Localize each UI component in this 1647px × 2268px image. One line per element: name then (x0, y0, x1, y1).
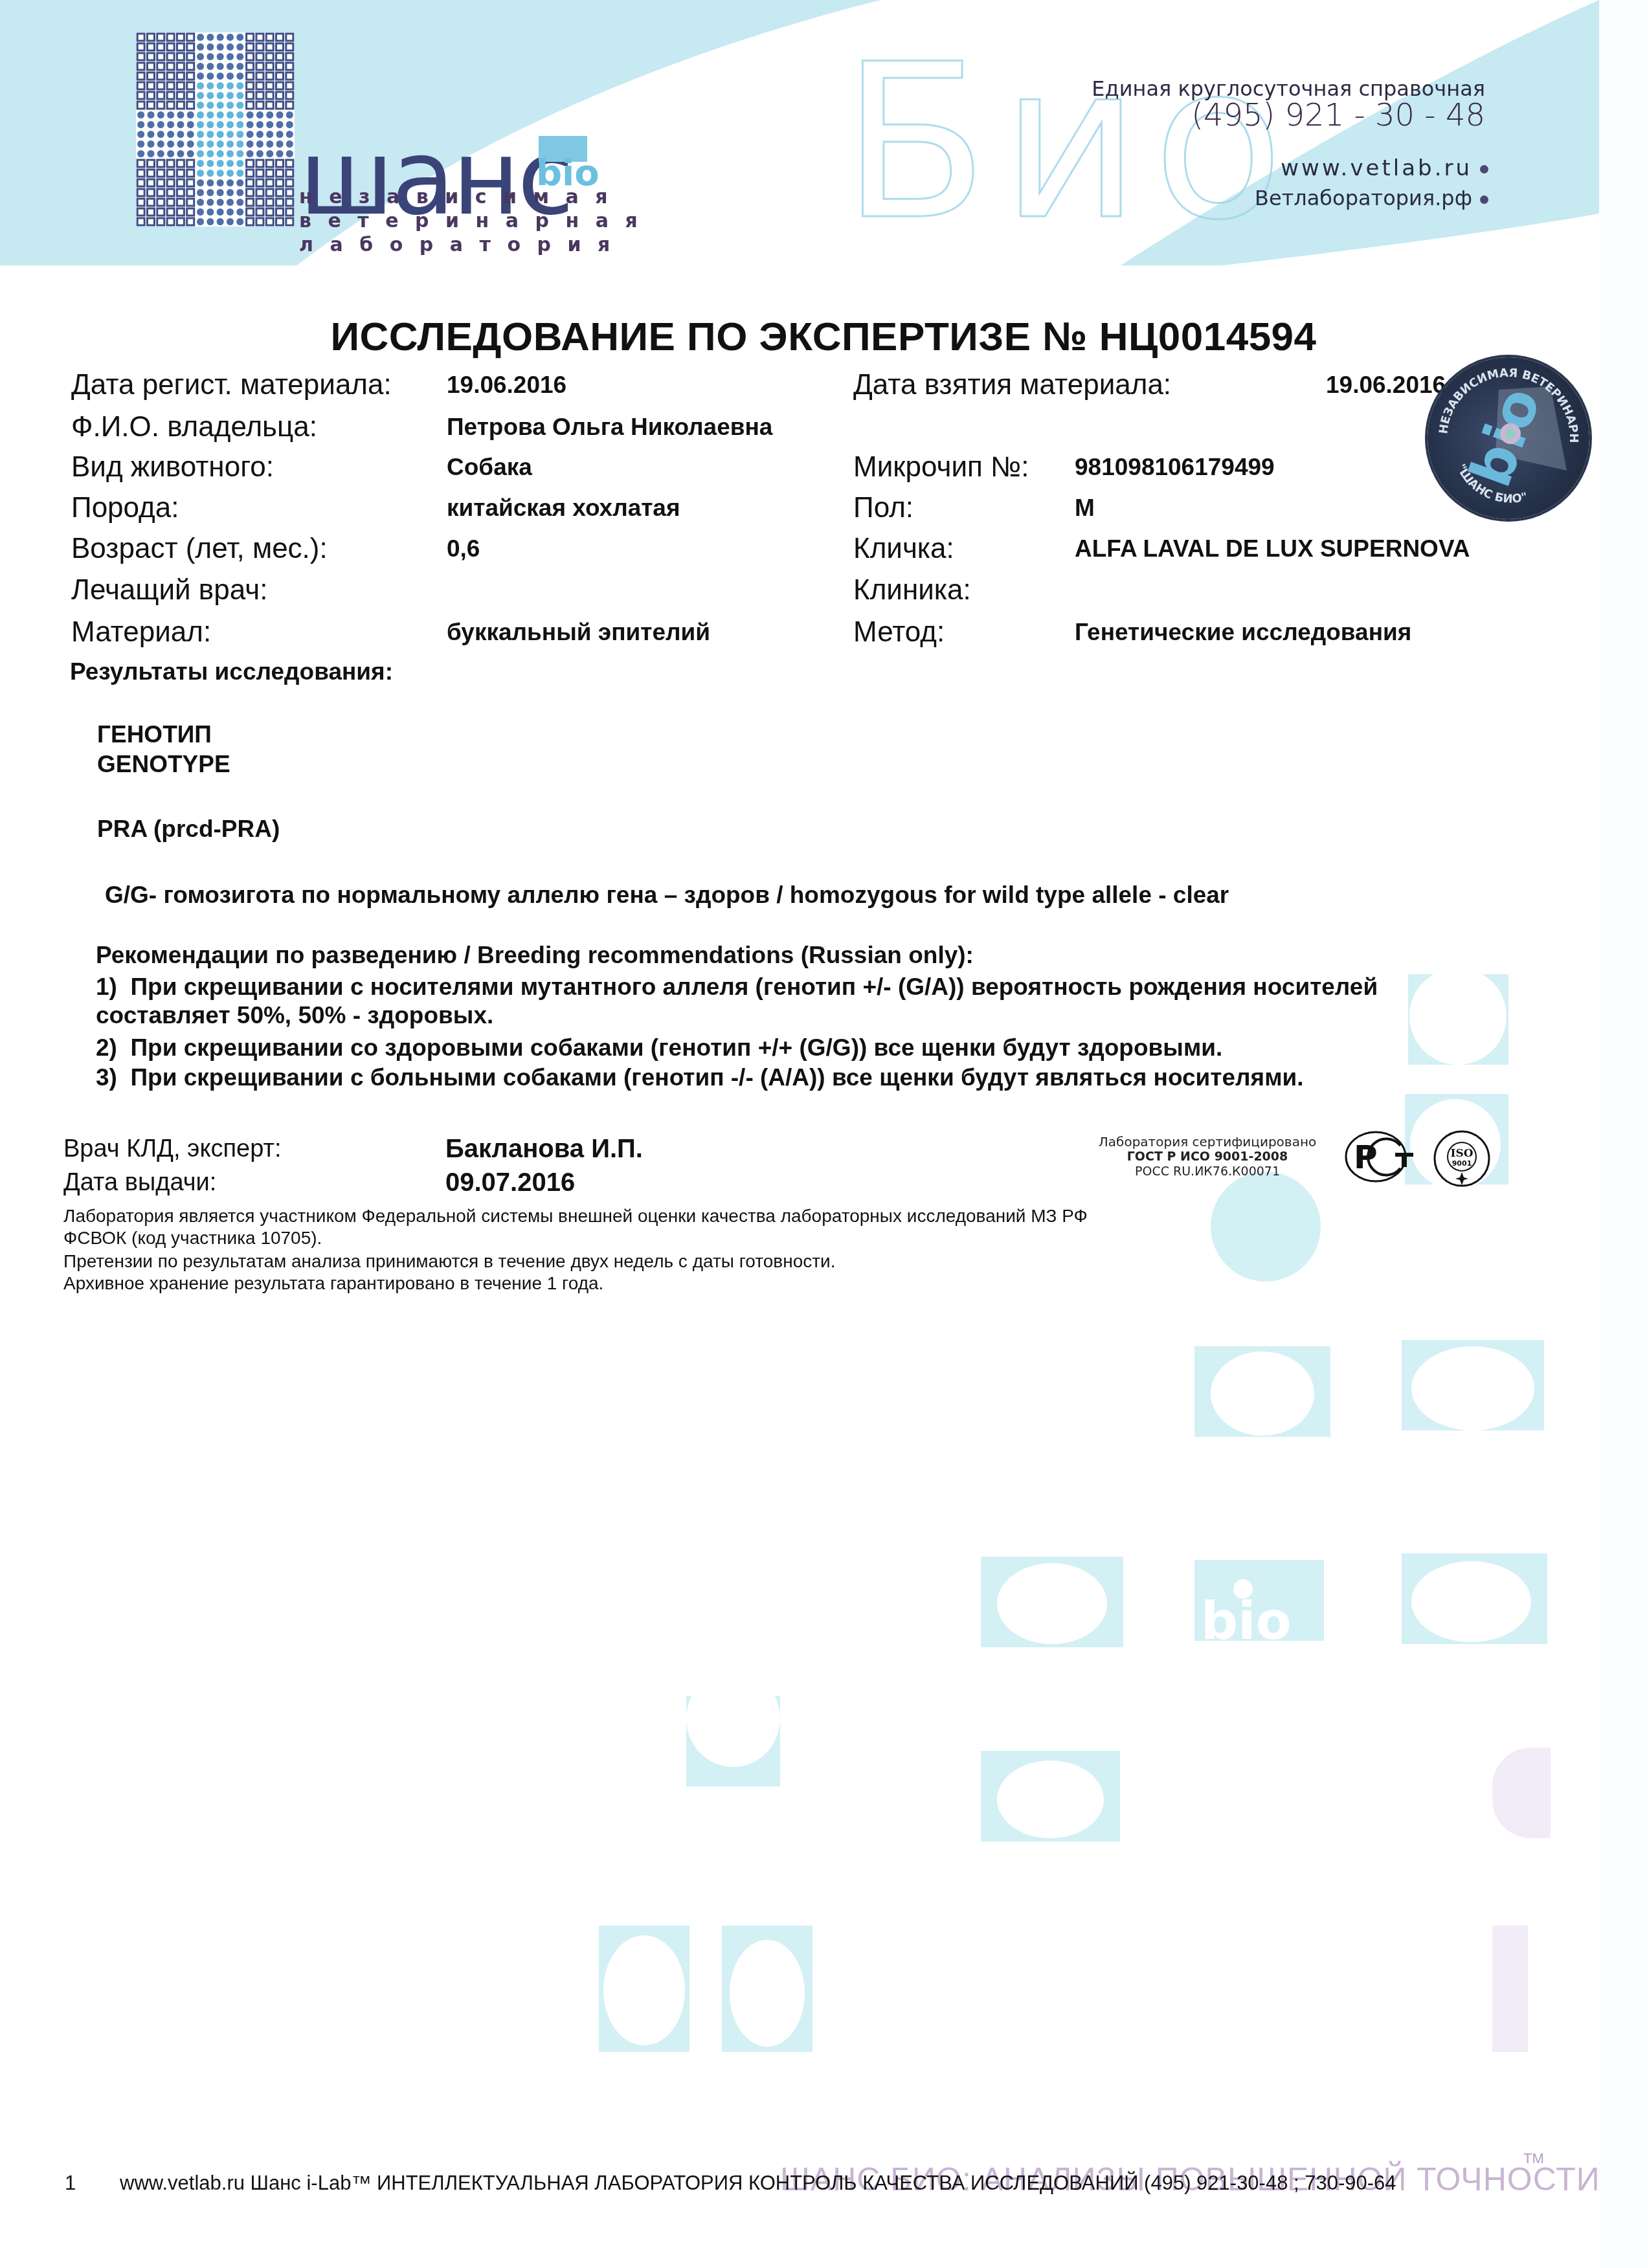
field-label: Ф.И.О. владельца: (71, 411, 317, 443)
tagline-line-2: ветеринарная (299, 210, 654, 232)
decor-square: bio (1194, 1560, 1324, 1641)
decor-lilac (1492, 1748, 1551, 1838)
note-1: Лаборатория является участником Федераль… (63, 1205, 1088, 1227)
cert-line-3: РОСС RU.ИК76.К00071 (1075, 1164, 1340, 1179)
decor-square (1402, 1553, 1547, 1644)
decor-square (1194, 1346, 1330, 1437)
decor-square (686, 1696, 780, 1786)
website-rf-link[interactable]: Ветлаборатория.рф (1255, 186, 1488, 210)
results-heading: Результаты исследования: (70, 657, 393, 687)
website-link[interactable]: www.vetlab.ru (1281, 155, 1488, 181)
expert-name: Бакланова И.П. (445, 1133, 643, 1165)
decor-square (981, 1751, 1120, 1841)
recommendation-2: 2) При скрещивании со здоровыми собаками… (96, 1033, 1222, 1063)
website-text[interactable]: www.vetlab.ru (1281, 155, 1472, 181)
decor-bio-text: bio (1201, 1599, 1292, 1644)
field-label: Дата регист. материала: (71, 369, 392, 401)
footer-text: www.vetlab.ru Шанс i-Lab™ ИНТЕЛЛЕКТУАЛЬН… (120, 2172, 1396, 2195)
note-3: Претензии по результатам анализа принима… (63, 1251, 835, 1273)
note-2: ФСВОК (код участника 10705). (63, 1227, 322, 1249)
field-value: китайская хохлатая (447, 492, 680, 524)
recommendation-number: 1) (96, 973, 117, 1000)
decor-lilac (1492, 1926, 1528, 2052)
note-4: Архивное хранение результата гарантирова… (63, 1273, 603, 1295)
field-label: Метод: (853, 616, 945, 649)
logo-cross-icon (136, 32, 295, 227)
field-label: Вид животного: (71, 451, 274, 484)
recommendation-text: При скрещивании со здоровыми собаками (г… (130, 1034, 1222, 1061)
issue-date: 09.07.2016 (445, 1166, 575, 1199)
field-label: Пол: (853, 492, 913, 524)
bullet-icon (1480, 165, 1488, 173)
hotline-phone[interactable]: (495) 921 - 30 - 48 (1191, 97, 1485, 133)
genotype-heading-ru: ГЕНОТИП (97, 720, 212, 750)
tagline-line-1: независимая (299, 186, 624, 208)
field-label: Клиника: (853, 574, 971, 606)
watermark-letters: Био (842, 26, 1297, 259)
decor-square (599, 1926, 689, 2052)
rst-mark-icon: P (1343, 1129, 1415, 1184)
field-value: ALFA LAVAL DE LUX SUPERNOVA (1075, 533, 1470, 565)
recommendations-heading: Рекомендации по разведению / Breeding re… (96, 940, 974, 970)
field-value: буккальный эпителий (447, 616, 710, 649)
recommendation-1: 1) При скрещивании с носителями мутантно… (96, 972, 1378, 1002)
field-value: Петрова Ольга Николаевна (447, 411, 772, 443)
field-label: Лечащий врач: (71, 574, 267, 606)
decor-square (1408, 974, 1508, 1065)
recommendation-number: 3) (96, 1064, 117, 1091)
footer-tm: TM (1523, 2150, 1544, 2167)
recommendation-number: 2) (96, 1034, 117, 1061)
document-title: ИССЛЕДОВАНИЕ ПО ЭКСПЕРТИЗЕ № НЦ0014594 (0, 314, 1647, 360)
expert-label: Врач КЛД, эксперт: (63, 1133, 281, 1165)
field-label: Порода: (71, 492, 179, 524)
genotype-heading-en: GENOTYPE (97, 750, 230, 779)
field-label: Возраст (лет, мес.): (71, 533, 328, 565)
hologram-stamp: НЕЗАВИСИМАЯ ВЕТЕРИНАРНАЯ ЛАБОРАТОРИЯ "ША… (1428, 357, 1589, 519)
svg-text:9001: 9001 (1452, 1159, 1472, 1168)
decor-square (1402, 1340, 1544, 1430)
field-label: Дата взятия материала: (853, 369, 1171, 401)
recommendation-1-cont: составляет 50%, 50% - здоровых. (96, 1001, 493, 1030)
tagline-line-3: лаборатория (299, 234, 627, 256)
issue-date-label: Дата выдачи: (63, 1166, 216, 1199)
field-value: 981098106179499 (1075, 451, 1275, 484)
decor-circle (1211, 1172, 1321, 1282)
field-value: 0,6 (447, 533, 480, 565)
svg-text:ISO: ISO (1450, 1147, 1473, 1160)
recommendation-text: При скрещивании с больными собаками (ген… (130, 1064, 1303, 1091)
decor-square (722, 1926, 812, 2052)
field-value: Собака (447, 451, 532, 484)
recommendation-3: 3) При скрещивании с больными собаками (… (96, 1063, 1304, 1093)
genotype-result: G/G- гомозигота по нормальному аллелю ге… (105, 880, 1229, 910)
logo-dot-grid (136, 32, 295, 227)
website-rf-text[interactable]: Ветлаборатория.рф (1255, 186, 1472, 210)
field-value: М (1075, 492, 1095, 524)
decor-square (981, 1557, 1123, 1647)
cert-line-2: ГОСТ Р ИСО 9001-2008 (1075, 1150, 1340, 1164)
test-name: PRA (prcd-PRA) (97, 814, 280, 844)
iso-mark-icon: ISO 9001 (1429, 1129, 1501, 1188)
field-value: 19.06.2016 (447, 369, 566, 401)
stamp-icon: НЕЗАВИСИМАЯ ВЕТЕРИНАРНАЯ ЛАБОРАТОРИЯ "ША… (1428, 357, 1589, 519)
field-label: Микрочип №: (853, 451, 1029, 484)
cert-line-1: Лаборатория сертифицировано (1075, 1134, 1340, 1150)
page-number: 1 (65, 2172, 76, 2195)
field-label: Материал: (71, 616, 211, 649)
recommendation-text: При скрещивании с носителями мутантного … (130, 973, 1378, 1000)
field-value: Генетические исследования (1075, 616, 1411, 649)
field-label: Кличка: (853, 533, 954, 565)
certification-block: Лаборатория сертифицировано ГОСТ Р ИСО 9… (1075, 1134, 1340, 1179)
bullet-icon (1480, 195, 1488, 204)
